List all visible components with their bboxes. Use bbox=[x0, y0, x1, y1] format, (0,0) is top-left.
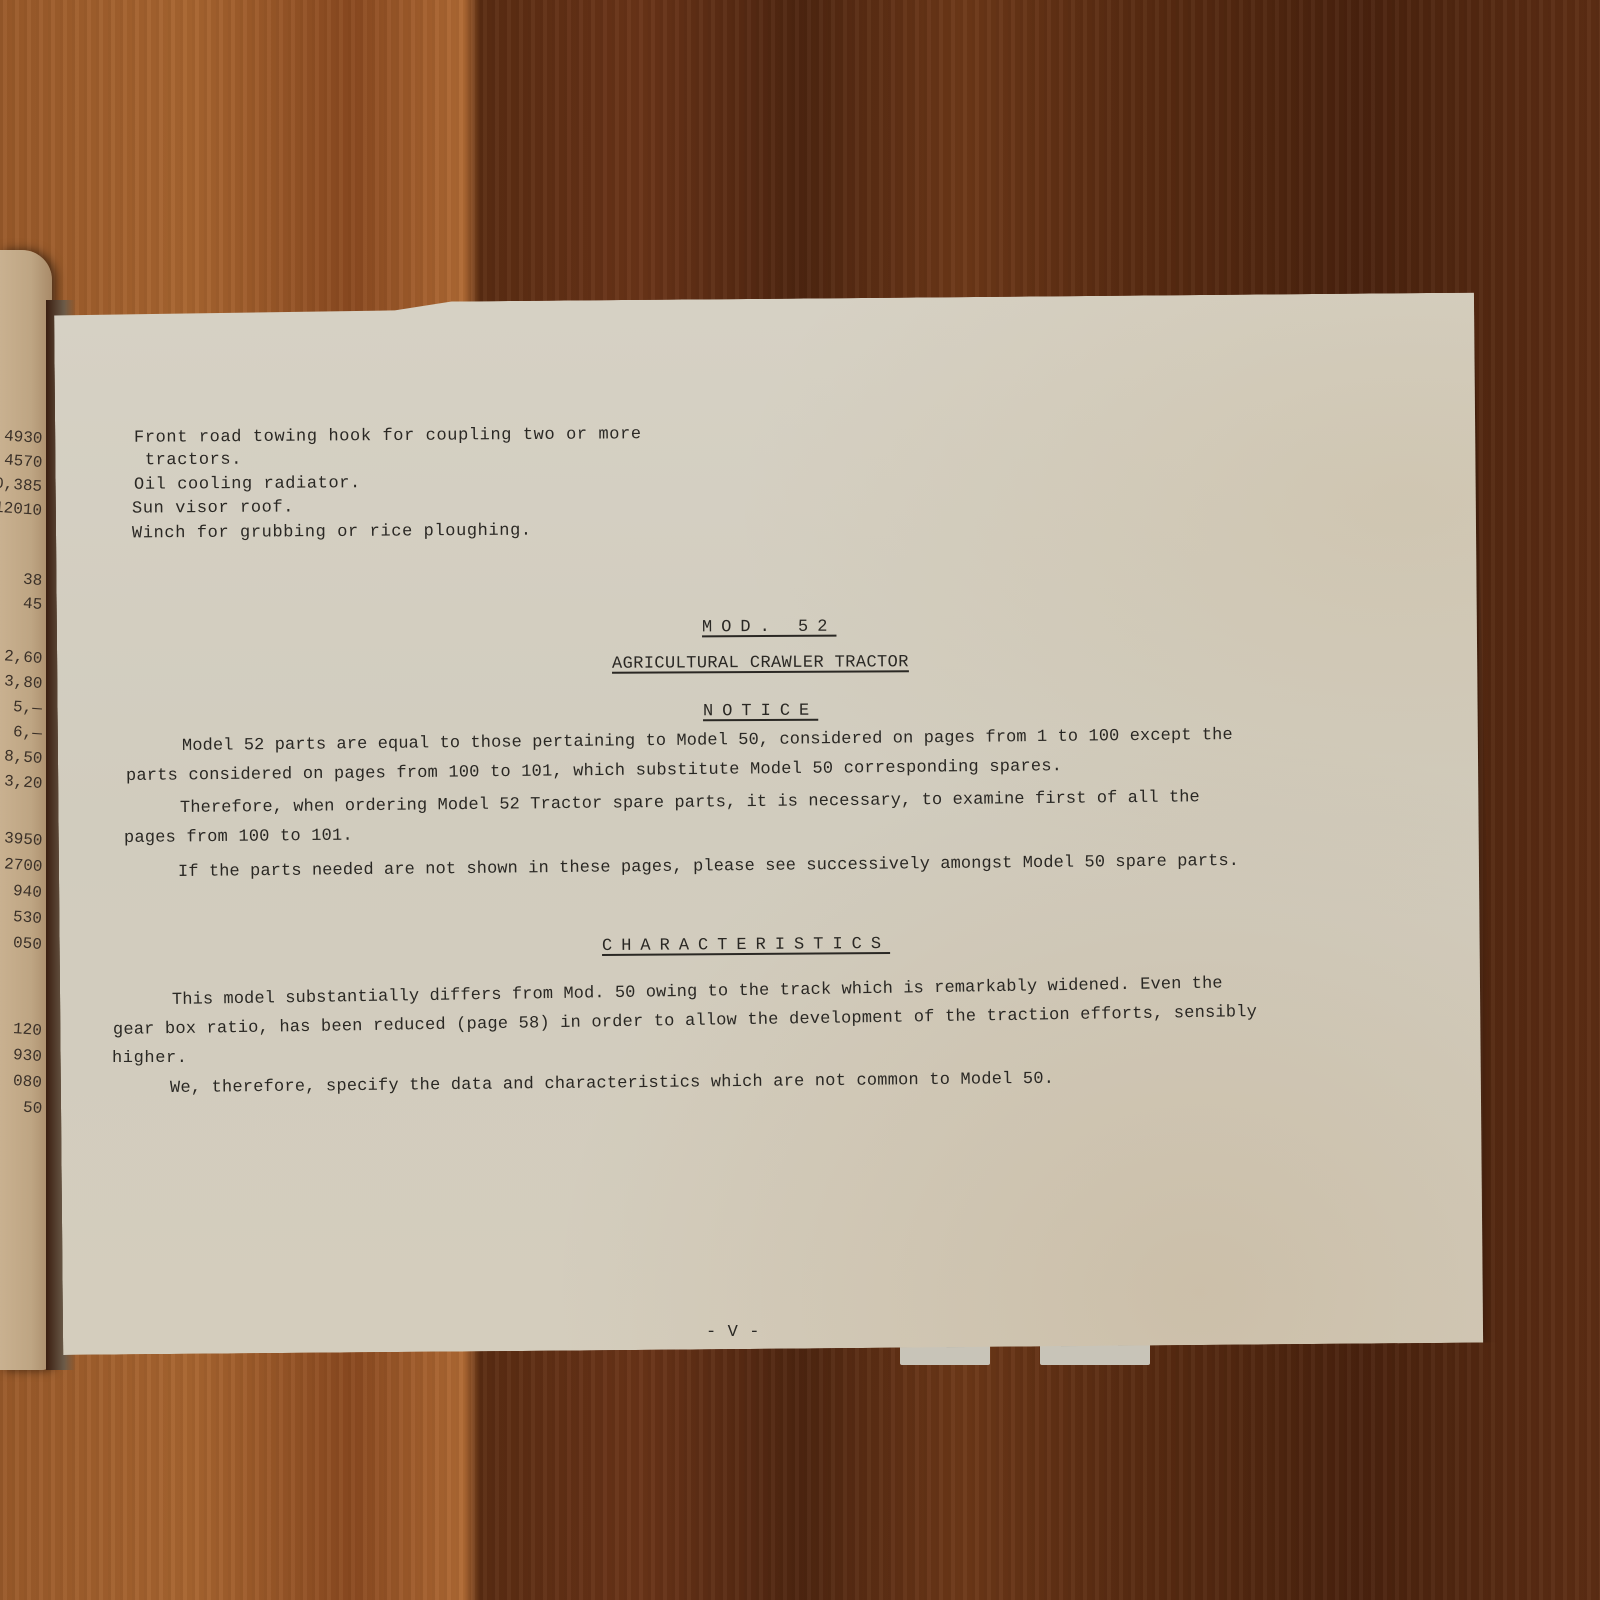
left-page-number: 3,80 bbox=[3, 672, 43, 693]
accessory-line: tractors. bbox=[134, 452, 242, 470]
left-page-number: 3,20 bbox=[3, 772, 43, 793]
accessory-line: Oil cooling radiator. bbox=[134, 475, 361, 494]
page-number: - V - bbox=[706, 1324, 760, 1341]
left-page-number: 4570 bbox=[3, 451, 43, 472]
left-facing-page: 4930 4570 0,385 12010 38 45 2,60 3,80 5,… bbox=[0, 250, 52, 1370]
left-page-number: 5,— bbox=[13, 698, 43, 718]
characteristics-heading: CHARACTERISTICS bbox=[602, 935, 890, 956]
left-page-number: 050 bbox=[13, 934, 43, 954]
left-page-number: 530 bbox=[13, 908, 43, 928]
model-title: MOD. 52 bbox=[702, 618, 837, 638]
left-page-number: 50 bbox=[22, 1099, 42, 1118]
left-page-number: 38 bbox=[22, 571, 42, 590]
accessory-line: Winch for grubbing or rice ploughing. bbox=[132, 523, 532, 543]
document-page bbox=[54, 293, 1483, 1355]
notice-heading: NOTICE bbox=[703, 702, 818, 722]
notice-paragraph-line: pages from 100 to 101. bbox=[124, 828, 353, 847]
left-page-number: 2,60 bbox=[3, 647, 43, 668]
left-page-number: 080 bbox=[13, 1072, 43, 1092]
model-subtitle: AGRICULTURAL CRAWLER TRACTOR bbox=[612, 653, 909, 674]
characteristics-paragraph-line: higher. bbox=[112, 1050, 188, 1067]
left-page-number: 4930 bbox=[3, 427, 43, 448]
left-page-number: 0,385 bbox=[0, 475, 43, 496]
left-page-number: 3950 bbox=[3, 829, 43, 850]
accessory-line: Front road towing hook for coupling two … bbox=[134, 426, 642, 447]
left-page-number: 2700 bbox=[3, 855, 43, 876]
left-page-number: 930 bbox=[13, 1046, 43, 1066]
accessory-line: Sun visor roof. bbox=[132, 499, 294, 517]
left-page-number: 120 bbox=[13, 1020, 43, 1040]
left-page-number: 45 bbox=[22, 595, 42, 614]
left-page-number: 8,50 bbox=[3, 747, 43, 768]
left-page-number: 12010 bbox=[0, 499, 43, 520]
left-page-number: 6,— bbox=[13, 723, 43, 743]
left-page-number: 940 bbox=[13, 882, 43, 902]
